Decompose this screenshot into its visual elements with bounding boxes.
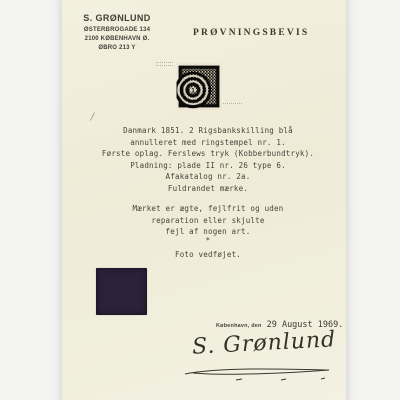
letterhead: S. GRØNLUND ØSTERBROGADE 134 2100 KØBENH… — [60, 13, 174, 53]
photo-note: Foto vedføjet. — [92, 249, 324, 261]
certificate-line: annulleret med ringstempel nr. 1. — [92, 137, 324, 149]
pencil-annotation-right — [223, 103, 242, 106]
letterhead-name: S. GRØNLUND — [60, 13, 174, 23]
signature-flourish-icon — [181, 360, 339, 386]
statement-line: Mærket er ægte, fejlfrit og uden — [92, 203, 324, 215]
document-title: PRØVNINGSBEVIS — [193, 28, 309, 38]
certificate-line: Danmark 1851. 2 Rigsbankskilling blå — [92, 125, 324, 137]
letterhead-phone: ØBRO 213 Y — [60, 44, 174, 53]
dateline-place: København, den — [216, 323, 262, 329]
certificate-text: Danmark 1851. 2 Rigsbankskilling blå ann… — [92, 125, 324, 195]
authenticity-statement: Mærket er ægte, fejlfrit og uden reparat… — [92, 203, 324, 238]
separator-asterisk: * — [92, 236, 324, 246]
statement-line: reparation eller skjulte — [92, 215, 324, 227]
pencil-annotation-left — [156, 62, 173, 68]
certificate-line: Afakatalog nr. 2a. — [92, 171, 324, 183]
stamp-icon: 1 — [176, 62, 222, 111]
attached-photo — [96, 268, 147, 315]
scanned-certificate: S. GRØNLUND ØSTERBROGADE 134 2100 KØBENH… — [0, 0, 400, 400]
certificate-line: Fuldrandet mærke. — [92, 183, 324, 195]
certificate-line: Pladning: plade II nr. 26 type 6. — [92, 160, 324, 172]
letterhead-address1: ØSTERBROGADE 134 — [60, 26, 174, 35]
letterhead-address2: 2100 KØBENHAVN Ø. — [60, 35, 174, 44]
certificate-line: Første oplag. Ferslews tryk (Kobberbundt… — [92, 148, 324, 160]
cancel-number: 1 — [191, 87, 195, 94]
stamp-image: 1 — [176, 62, 222, 111]
